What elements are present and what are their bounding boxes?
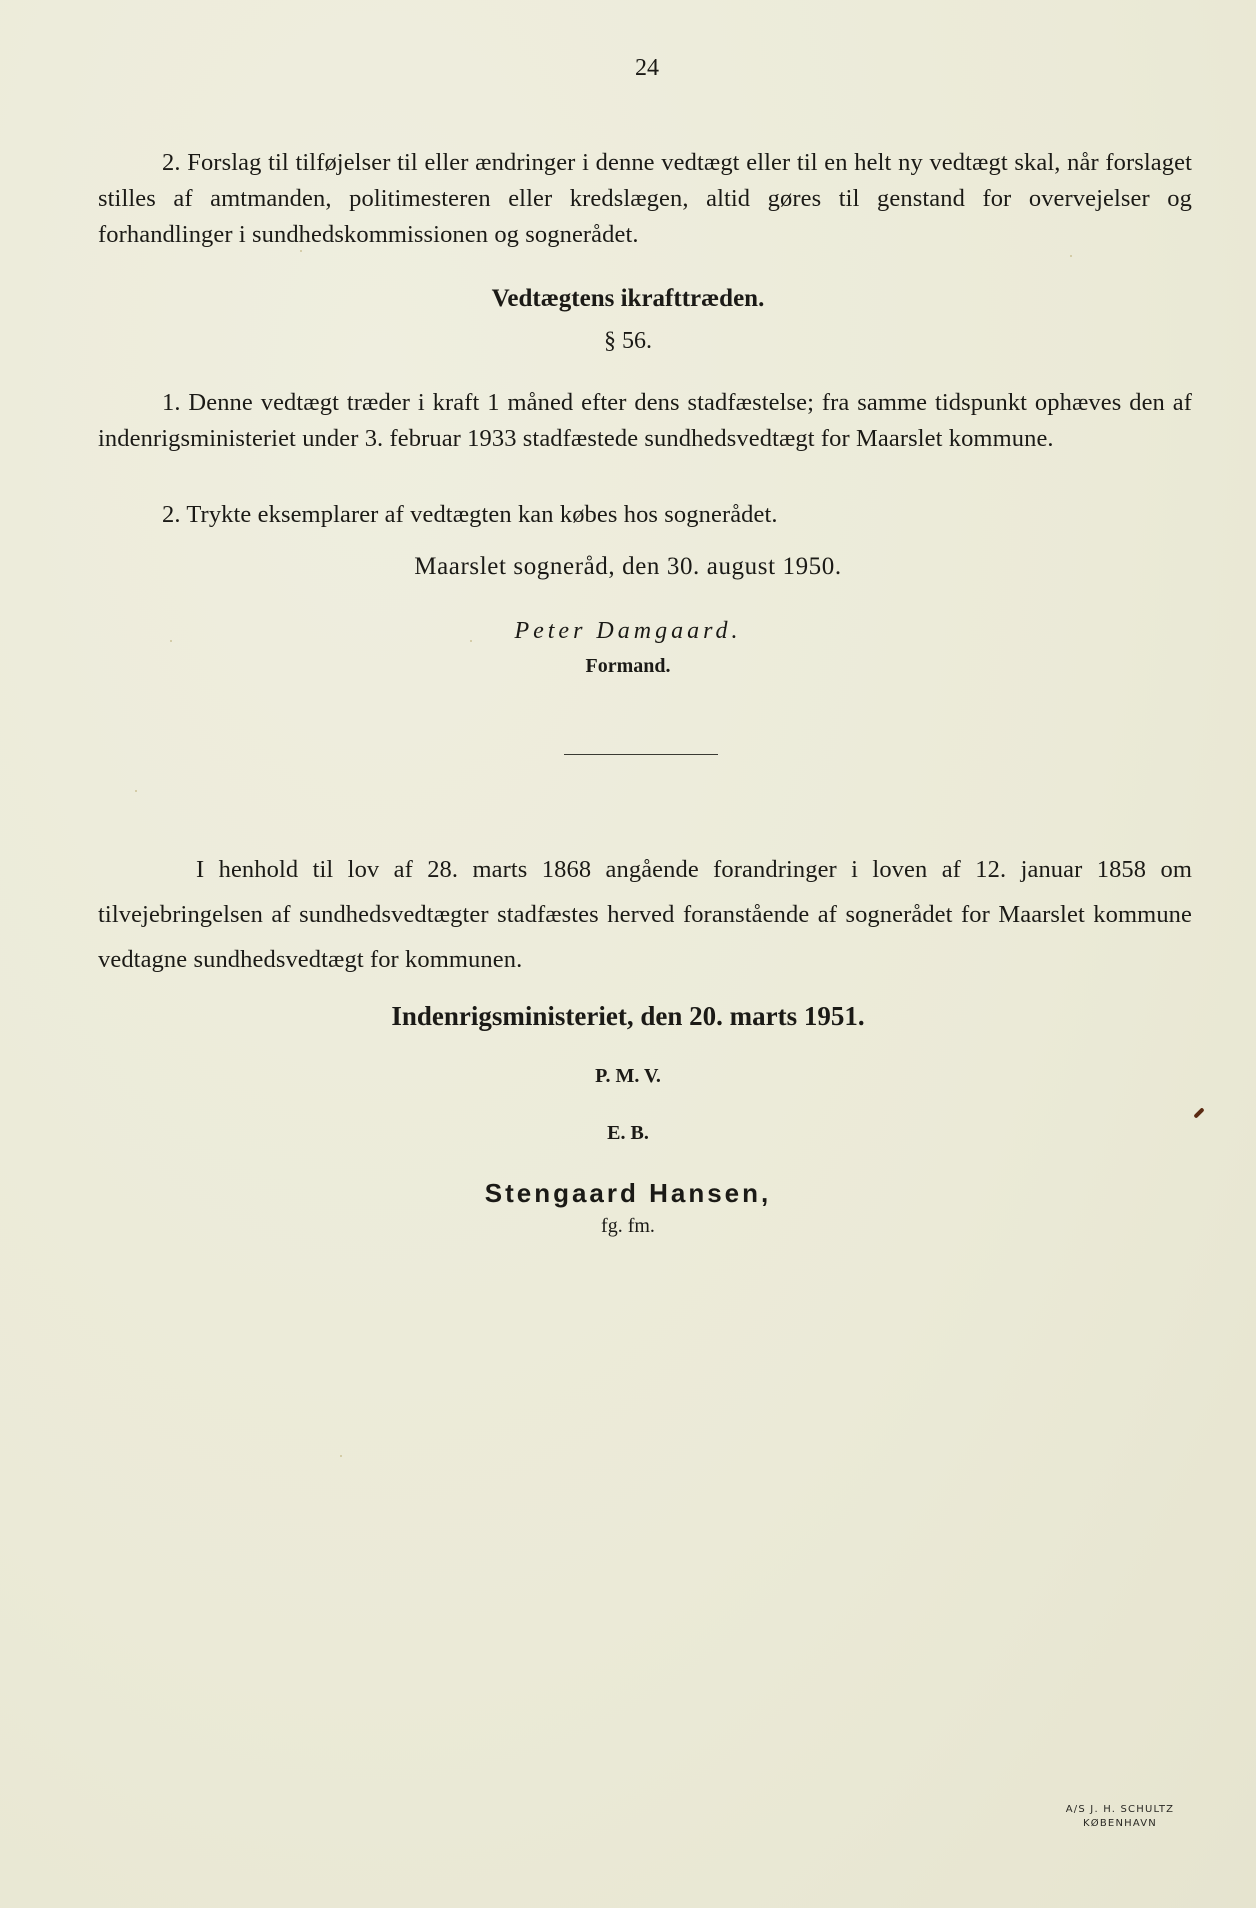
printer-name: A/S J. H. SCHULTZ: [1060, 1803, 1180, 1817]
page-number: 24: [0, 55, 1256, 82]
printer-city: KØBENHAVN: [1060, 1817, 1180, 1831]
paper-speck-icon: [340, 1455, 342, 1457]
council-signer-title: Formand.: [0, 655, 1256, 678]
official-title: fg. fm.: [0, 1215, 1256, 1238]
official-name: Stengaard Hansen,: [0, 1178, 1256, 1209]
eb-abbreviation: E. B.: [0, 1122, 1256, 1145]
pmv-abbreviation: P. M. V.: [0, 1065, 1256, 1088]
ratification-paragraph: I henhold til lov af 28. marts 1868 angå…: [98, 847, 1192, 982]
ink-mark-icon: [1193, 1107, 1204, 1118]
paragraph-printed-copies: 2. Trykte eksemplarer af vedtægten kan k…: [98, 497, 1192, 533]
paragraph-entry-into-force: 1. Denne vedtægt træder i kraft 1 måned …: [98, 385, 1192, 457]
council-place-date: Maarslet sogneråd, den 30. august 1950.: [0, 553, 1256, 581]
section-divider: [564, 754, 718, 755]
council-signer-name: Peter Damgaard.: [0, 618, 1256, 645]
document-page: 24 2. Forslag til tilføjelser til eller …: [0, 0, 1256, 1908]
printer-imprint: A/S J. H. SCHULTZ KØBENHAVN: [1060, 1803, 1180, 1831]
ministry-place-date: Indenrigsministeriet, den 20. marts 1951…: [0, 1001, 1256, 1032]
paper-speck-icon: [170, 640, 172, 642]
section-heading: Vedtægtens ikrafttræden.: [0, 285, 1256, 313]
paragraph-amendment-proposals: 2. Forslag til tilføjelser til eller ænd…: [98, 145, 1192, 253]
paper-speck-icon: [1070, 255, 1072, 257]
section-number: § 56.: [0, 328, 1256, 355]
paper-speck-icon: [470, 640, 472, 642]
paper-speck-icon: [135, 790, 137, 792]
paper-speck-icon: [300, 250, 302, 252]
